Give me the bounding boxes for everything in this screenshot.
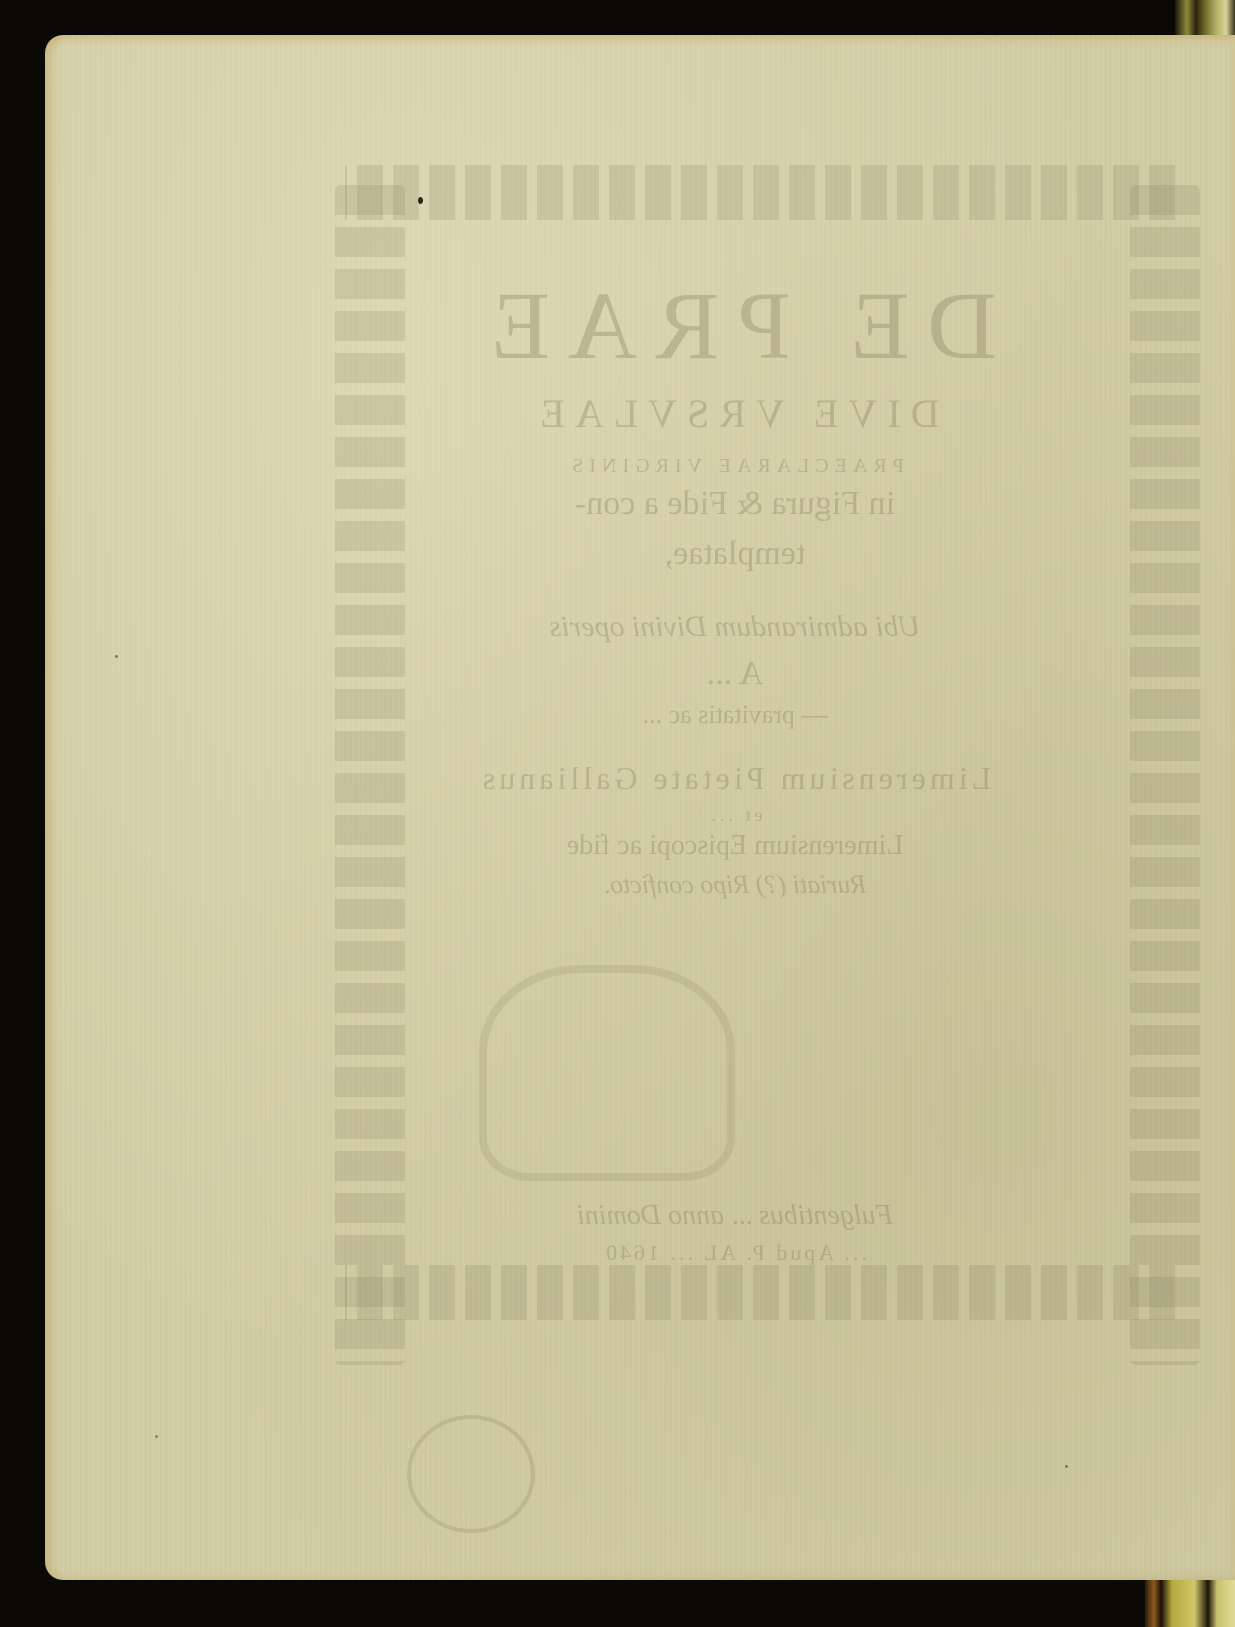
faint-oval-mark [407,1415,535,1533]
show-through-line: et ... [355,805,1115,826]
show-through-line: in Figura & Fide a con- [355,485,1115,523]
ornamental-border-left [1130,185,1200,1365]
mirrored-show-through: DE PRAE DIVE VRSVLAE PRAECLARAE VIRGINIS… [45,35,1235,1580]
show-through-line: Limerensium Pietate Gallianus [355,760,1115,797]
show-through-line: Limerensium Episcopi ac fide [355,830,1115,862]
show-through-subtitle: DIVE VRSVLAE [355,390,1115,437]
show-through-title: DE PRAE [355,270,1115,381]
book-binding-top [1175,0,1235,40]
show-through-imprint: ... Apud P. AL ... 1640 [355,1240,1115,1266]
show-through-line: — pravitatis ac ... [355,700,1115,730]
ornamental-border-bottom [345,1265,1175,1320]
show-through-line: A ... [355,655,1115,693]
printer-vignette-ornament [479,965,735,1181]
show-through-small-line: PRAECLARAE VIRGINIS [355,455,1115,478]
show-through-line: Ubi admirandum Divini operis [355,610,1115,644]
book-binding-bottom [1145,1577,1235,1627]
ornamental-border-top [345,165,1175,220]
show-through-imprint: Fulgentibus ... anno Domini [355,1200,1115,1232]
show-through-line: Ruriati (?) Ripo conficto. [355,870,1115,900]
book-page: DE PRAE DIVE VRSVLAE PRAECLARAE VIRGINIS… [45,35,1235,1580]
show-through-line: templatae, [355,535,1115,573]
